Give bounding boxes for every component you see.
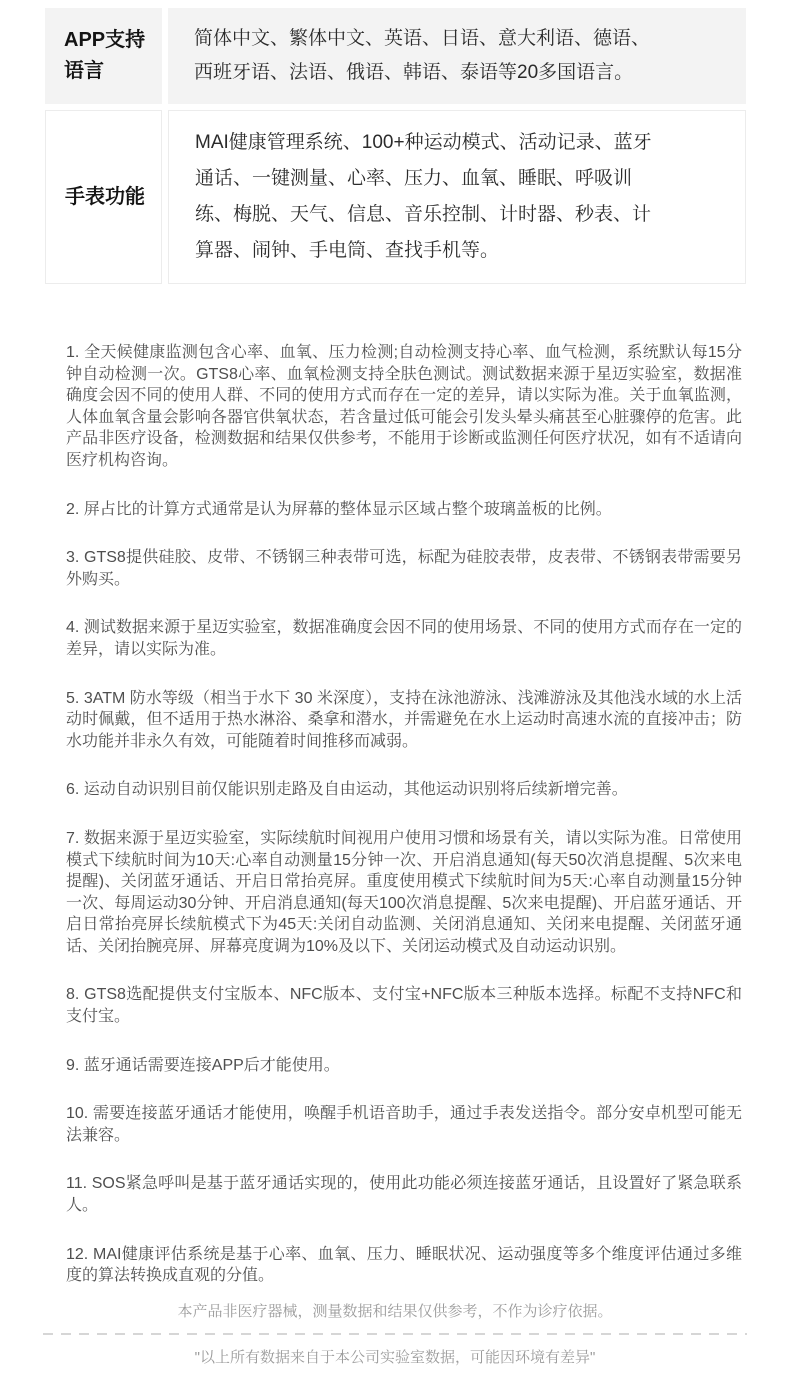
disclaimer-notes-list: 1. 全天候健康监测包含心率、血氧、压力检测;自动检测支持心率、血气检测，系统默… <box>66 342 742 1287</box>
dashed-divider <box>43 1333 747 1335</box>
note-item-9: 9. 蓝牙通话需要连接APP后才能使用。 <box>66 1055 742 1077</box>
note-item-7: 7. 数据来源于星迈实验室，实际续航时间视用户使用习惯和场景有关，请以实际为准。… <box>66 828 742 958</box>
note-item-5: 5. 3ATM 防水等级（相当于水下 30 米深度），支持在泳池游泳、浅滩游泳及… <box>66 688 742 753</box>
lab-data-note-text: "以上所有数据来自于本公司实验室数据，可能因环境有差异" <box>0 1346 790 1367</box>
spec-table: APP支持语言 简体中文、繁体中文、英语、日语、意大利语、德语、西班牙语、法语、… <box>45 8 746 284</box>
footer: 本产品非医疗器械，测量数据和结果仅供参考，不作为诊疗依据。 "以上所有数据来自于… <box>0 1300 790 1367</box>
note-item-8: 8. GTS8选配提供支付宝版本、NFC版本、支付宝+NFC版本三种版本选择。标… <box>66 984 742 1027</box>
note-item-2: 2. 屏占比的计算方式通常是认为屏幕的整体显示区域占整个玻璃盖板的比例。 <box>66 499 742 521</box>
spec-row-app-languages: APP支持语言 简体中文、繁体中文、英语、日语、意大利语、德语、西班牙语、法语、… <box>45 8 746 104</box>
note-item-10: 10. 需要连接蓝牙通话才能使用，唤醒手机语音助手，通过手表发送指令。部分安卓机… <box>66 1103 742 1146</box>
spec-row-watch-functions: 手表功能 MAI健康管理系统、100+种运动模式、活动记录、蓝牙通话、一键测量、… <box>45 110 746 284</box>
note-item-1: 1. 全天候健康监测包含心率、血氧、压力检测;自动检测支持心率、血气检测，系统默… <box>66 342 742 472</box>
medical-disclaimer-text: 本产品非医疗器械，测量数据和结果仅供参考，不作为诊疗依据。 <box>0 1300 790 1321</box>
spec-value-app-languages: 简体中文、繁体中文、英语、日语、意大利语、德语、西班牙语、法语、俄语、韩语、泰语… <box>194 22 656 90</box>
product-spec-page: APP支持语言 简体中文、繁体中文、英语、日语、意大利语、德语、西班牙语、法语、… <box>0 8 790 1287</box>
note-item-12: 12. MAI健康评估系统是基于心率、血氧、压力、睡眠状况、运动强度等多个维度评… <box>66 1244 742 1287</box>
spec-value-cell: MAI健康管理系统、100+种运动模式、活动记录、蓝牙通话、一键测量、心率、压力… <box>168 110 746 284</box>
spec-value-watch-functions: MAI健康管理系统、100+种运动模式、活动记录、蓝牙通话、一键测量、心率、压力… <box>195 125 657 269</box>
note-item-3: 3. GTS8提供硅胶、皮带、不锈钢三种表带可选，标配为硅胶表带，皮表带、不锈钢… <box>66 547 742 590</box>
spec-label-watch-functions: 手表功能 <box>45 110 162 284</box>
spec-label-app-languages: APP支持语言 <box>45 8 162 104</box>
note-item-11: 11. SOS紧急呼叫是基于蓝牙通话实现的，使用此功能必须连接蓝牙通话，且设置好… <box>66 1173 742 1216</box>
spec-value-cell: 简体中文、繁体中文、英语、日语、意大利语、德语、西班牙语、法语、俄语、韩语、泰语… <box>168 8 746 104</box>
note-item-6: 6. 运动自动识别目前仅能识别走路及自由运动，其他运动识别将后续新增完善。 <box>66 779 742 801</box>
note-item-4: 4. 测试数据来源于星迈实验室，数据准确度会因不同的使用场景、不同的使用方式而存… <box>66 617 742 660</box>
